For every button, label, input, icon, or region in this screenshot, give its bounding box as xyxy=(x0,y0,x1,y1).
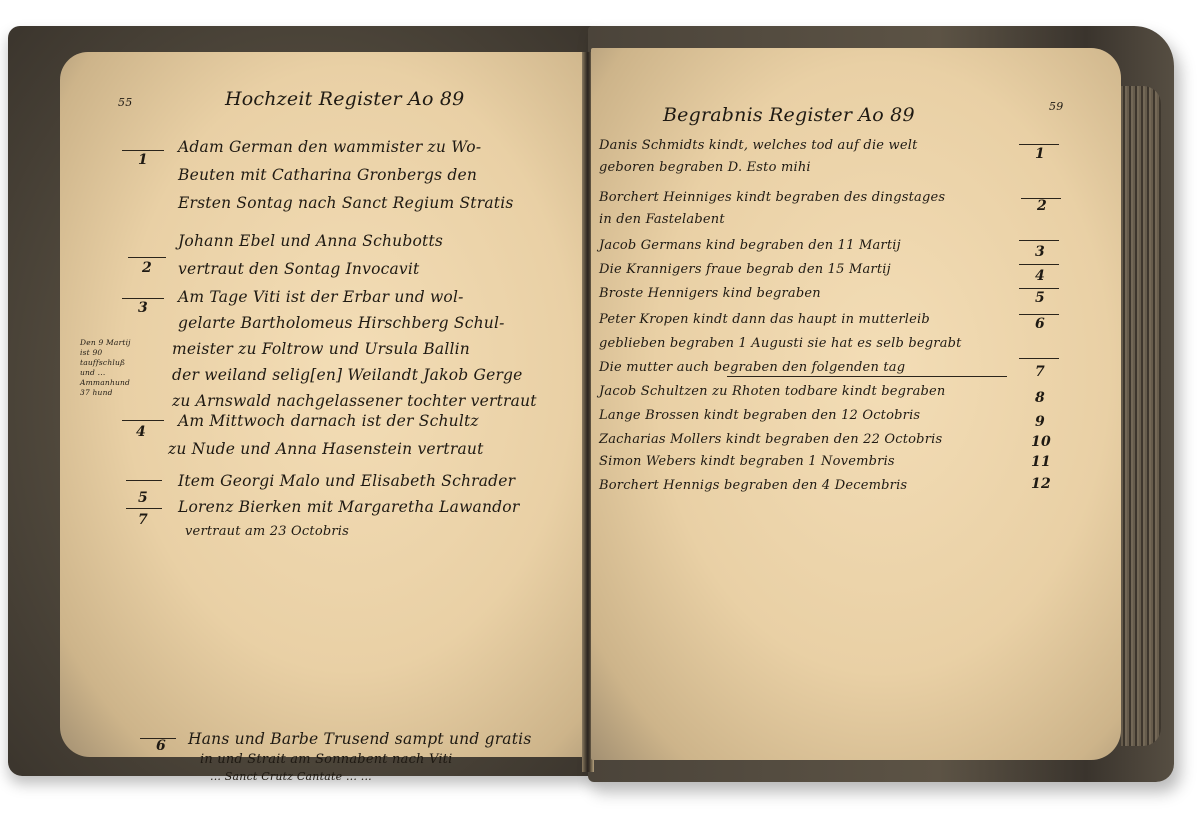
entry-rule xyxy=(126,508,162,509)
right-page-number: 59 xyxy=(1049,100,1063,113)
entry-line: vertraut am 23 Octobris xyxy=(185,524,349,539)
entry-number: 11 xyxy=(1031,454,1051,470)
entry-rule xyxy=(122,298,164,299)
entry-rule xyxy=(128,257,166,258)
entry-line: in und Strait am Sonnabent nach Viti xyxy=(200,752,452,767)
entry-number: 7 xyxy=(1035,364,1045,380)
entry-number: 10 xyxy=(1031,434,1051,450)
entry-number: 2 xyxy=(1037,198,1047,214)
entry-number: 3 xyxy=(138,300,148,316)
entry-line: Adam German den wammister zu Wo- xyxy=(178,138,481,156)
entry-number: 2 xyxy=(142,260,152,276)
entry-number: 12 xyxy=(1031,476,1051,492)
entry-line: Danis Schmidts kindt, welches tod auf di… xyxy=(599,138,918,153)
entry-number: 7 xyxy=(138,512,148,528)
entry-number: 3 xyxy=(1035,244,1045,260)
left-page: 55 Hochzeit Register Ao 89 1 Adam German… xyxy=(60,52,585,757)
entry-number: 5 xyxy=(138,490,148,506)
left-page-number: 55 xyxy=(118,96,132,109)
entry-rule xyxy=(1019,288,1059,289)
entry-line: geboren begraben D. Esto mihi xyxy=(599,160,811,175)
entry-line: zu Nude und Anna Hasenstein vertraut xyxy=(168,440,484,458)
entry-line: vertraut den Sontag Invocavit xyxy=(178,260,419,278)
entry-rule xyxy=(1019,240,1059,241)
entry-line: Peter Kropen kindt dann das haupt in mut… xyxy=(599,312,930,327)
entry-line: Lorenz Bierken mit Margaretha Lawandor xyxy=(178,498,519,516)
entry-line: Lange Brossen kindt begraben den 12 Octo… xyxy=(599,408,920,423)
entry-line: in den Fastelabent xyxy=(599,212,725,227)
entry-line: Beuten mit Catharina Gronbergs den xyxy=(178,166,477,184)
entry-line: der weiland selig[en] Weilandt Jakob Ger… xyxy=(172,366,523,384)
entry-rule xyxy=(122,150,164,151)
entry-line: ... Sanct Crutz Cantate ... ... xyxy=(210,770,372,783)
entry-number: 1 xyxy=(1035,146,1045,162)
entry-line: Broste Hennigers kind begraben xyxy=(599,286,821,301)
entry-line: geblieben begraben 1 Augusti sie hat es … xyxy=(599,336,962,351)
entry-rule xyxy=(1019,314,1059,315)
page-edges xyxy=(1121,86,1161,746)
entry-line: Die Krannigers fraue begrab den 15 Marti… xyxy=(599,262,891,277)
entry-rule xyxy=(1019,358,1059,359)
right-page: 59 Begrabnis Register Ao 89 Danis Schmid… xyxy=(591,48,1121,760)
entry-line: Hans und Barbe Trusend sampt und gratis xyxy=(188,730,532,748)
entry-line: Am Mittwoch darnach ist der Schultz xyxy=(178,412,479,430)
open-register-book: 55 Hochzeit Register Ao 89 1 Adam German… xyxy=(8,26,1174,792)
entry-line: Borchert Hennigs begraben den 4 Decembri… xyxy=(599,478,907,493)
entry-number: 9 xyxy=(1035,414,1045,430)
entry-line: meister zu Foltrow und Ursula Ballin xyxy=(172,340,470,358)
underline-rule xyxy=(727,376,1007,377)
entry-line: Jacob Germans kind begraben den 11 Marti… xyxy=(599,238,901,253)
entry-line: Johann Ebel und Anna Schubotts xyxy=(178,232,443,250)
entry-rule xyxy=(122,420,164,421)
left-page-title: Hochzeit Register Ao 89 xyxy=(225,88,464,110)
entry-number: 1 xyxy=(138,152,148,168)
entry-line: zu Arnswald nachgelassener tochter vertr… xyxy=(172,392,537,410)
entry-line: Item Georgi Malo und Elisabeth Schrader xyxy=(178,472,515,490)
right-page-title: Begrabnis Register Ao 89 xyxy=(663,104,915,126)
entry-line: Die mutter auch begraben den folgenden t… xyxy=(599,360,905,375)
entry-rule xyxy=(126,480,162,481)
entry-line: Jacob Schultzen zu Rhoten todbare kindt … xyxy=(599,384,946,399)
entry-number: 5 xyxy=(1035,290,1045,306)
entry-rule xyxy=(1019,144,1059,145)
entry-number: 4 xyxy=(1035,268,1045,284)
entry-line: Borchert Heinniges kindt begraben des di… xyxy=(599,190,945,205)
entry-line: gelarte Bartholomeus Hirschberg Schul- xyxy=(178,314,505,332)
entry-line: Simon Webers kindt begraben 1 Novembris xyxy=(599,454,895,469)
entry-number: 6 xyxy=(156,738,166,754)
entry-number: 6 xyxy=(1035,316,1045,332)
entry-number: 8 xyxy=(1035,390,1045,406)
entry-rule xyxy=(1019,264,1059,265)
entry-line: Ersten Sontag nach Sanct Regium Stratis xyxy=(178,194,514,212)
entry-number: 4 xyxy=(136,424,146,440)
entry-line: Am Tage Viti ist der Erbar und wol- xyxy=(178,288,464,306)
margin-note: Den 9 Martij ist 90 tauffschluß und ... … xyxy=(80,338,138,398)
entry-line: Zacharias Mollers kindt begraben den 22 … xyxy=(599,432,942,447)
